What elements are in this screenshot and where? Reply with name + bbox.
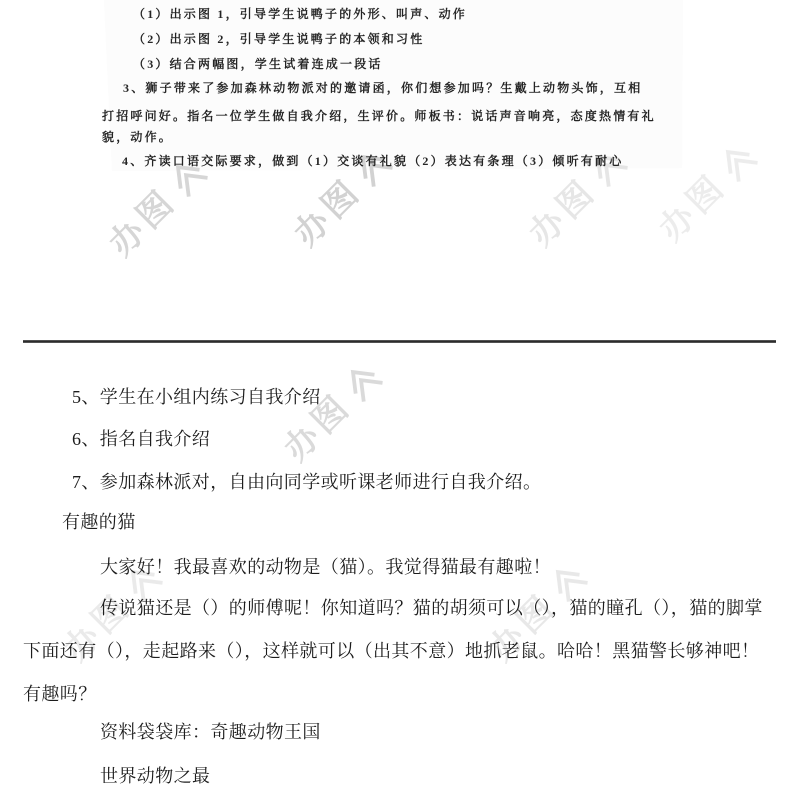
page-divider [23, 340, 776, 343]
page1-line: 4、齐读口语交际要求，做到（1）交谈有礼貌（2）表达有条理（3）倾听有耐心 [122, 152, 623, 169]
page1-line: 打招呼问好。指名一位学生做自我介绍，生评价。师板书：说话声音响亮，态度热情有礼 [102, 107, 656, 124]
page2-line: 6、指名自我介绍 [72, 425, 210, 451]
page2-line: 5、学生在小组内练习自我介绍 [72, 383, 321, 409]
page1-line: （1）出示图 1，引导学生说鸭子的外形、叫声、动作 [133, 5, 467, 22]
page1-line: （3）结合两幅图，学生试着连成一段话 [133, 55, 383, 72]
page2-line: 下面还有（），走起路来（），这样就可以（出其不意）地抓老鼠。哈哈！黑猫警长够神吧… [23, 637, 759, 663]
page1-line: （2）出示图 2，引导学生说鸭子的本领和习性 [133, 30, 424, 47]
page1-line: 3、狮子带来了参加森林动物派对的邀请函，你们想参加吗？生戴上动物头饰，互相 [123, 79, 642, 96]
page2-line: 大家好！我最喜欢的动物是（猫）。我觉得猫最有趣啦！ [100, 553, 551, 579]
page2-line: 有趣吗？ [23, 680, 97, 706]
page1-content: （1）出示图 1，引导学生说鸭子的外形、叫声、动作 （2）出示图 2，引导学生说… [0, 0, 800, 200]
page2-line: 资料袋袋库：奇趣动物王国 [100, 718, 321, 744]
page2-line: 世界动物之最 [100, 762, 210, 788]
page2-content: 5、学生在小组内练习自我介绍 6、指名自我介绍 7、参加森林派对，自由向同学或听… [0, 350, 800, 800]
page2-line: 传说猫还是（）的师傅呢！你知道吗？猫的胡须可以（），猫的瞳孔（），猫的脚掌 [100, 594, 763, 620]
page2-line: 7、参加森林派对，自由向同学或听课老师进行自我介绍。 [72, 468, 541, 494]
page1-line: 貌，动作。 [102, 128, 173, 145]
page2-line: 有趣的猫 [62, 508, 136, 534]
